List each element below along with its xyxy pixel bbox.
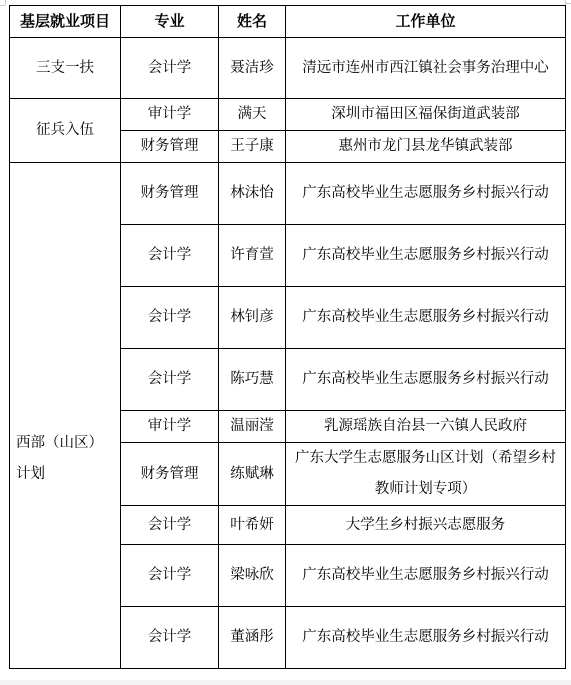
- unit-cell: 惠州市龙门县龙华镇武装部: [286, 131, 566, 163]
- unit-cell: 广东大学生志愿服务山区计划（希望乡村教师计划专项）: [286, 443, 566, 506]
- major-cell: 会计学: [121, 545, 219, 607]
- major-cell: 财务管理: [121, 131, 219, 163]
- table-row: 西部（山区）计划 财务管理 林沫怡 广东高校毕业生志愿服务乡村振兴行动: [10, 163, 566, 225]
- unit-cell: 广东高校毕业生志愿服务乡村振兴行动: [286, 607, 566, 669]
- table-row: 征兵入伍 审计学 满天 深圳市福田区福保街道武装部: [10, 99, 566, 131]
- header-project: 基层就业项目: [10, 6, 121, 38]
- employment-placement-table: 基层就业项目 专业 姓名 工作单位 三支一扶 会计学 聂洁珍 清远市连州市西江镇…: [9, 5, 566, 669]
- header-row: 基层就业项目 专业 姓名 工作单位: [10, 6, 566, 38]
- major-cell: 财务管理: [121, 443, 219, 506]
- name-cell: 满天: [219, 99, 286, 131]
- name-cell: 陈巧慧: [219, 349, 286, 411]
- corner-mark-top-left-h: [0, 5, 5, 6]
- project-cell: 征兵入伍: [10, 99, 121, 163]
- unit-cell: 清远市连州市西江镇社会事务治理中心: [286, 38, 566, 99]
- unit-cell: 广东高校毕业生志愿服务乡村振兴行动: [286, 225, 566, 287]
- header-major: 专业: [121, 6, 219, 38]
- header-unit: 工作单位: [286, 6, 566, 38]
- project-cell: 西部（山区）计划: [10, 163, 121, 669]
- major-cell: 会计学: [121, 607, 219, 669]
- major-cell: 审计学: [121, 99, 219, 131]
- major-cell: 会计学: [121, 506, 219, 545]
- name-cell: 林沫怡: [219, 163, 286, 225]
- name-cell: 叶希妍: [219, 506, 286, 545]
- corner-mark-top-right-h: [566, 3, 571, 4]
- name-cell: 许育萱: [219, 225, 286, 287]
- unit-cell: 大学生乡村振兴志愿服务: [286, 506, 566, 545]
- name-cell: 温丽滢: [219, 411, 286, 443]
- unit-cell: 深圳市福田区福保街道武装部: [286, 99, 566, 131]
- major-cell: 会计学: [121, 349, 219, 411]
- corner-mark-top-left: [5, 0, 6, 5]
- unit-cell: 广东高校毕业生志愿服务乡村振兴行动: [286, 163, 566, 225]
- major-cell: 会计学: [121, 287, 219, 349]
- name-cell: 聂洁珍: [219, 38, 286, 99]
- name-cell: 董涵彤: [219, 607, 286, 669]
- bottom-strip: [0, 680, 571, 685]
- unit-cell: 乳源瑶族自治县一六镇人民政府: [286, 411, 566, 443]
- name-cell: 练赋琳: [219, 443, 286, 506]
- name-cell: 梁咏欣: [219, 545, 286, 607]
- project-cell: 三支一扶: [10, 38, 121, 99]
- header-name: 姓名: [219, 6, 286, 38]
- major-cell: 财务管理: [121, 163, 219, 225]
- unit-cell: 广东高校毕业生志愿服务乡村振兴行动: [286, 349, 566, 411]
- major-cell: 审计学: [121, 411, 219, 443]
- name-cell: 林钊彦: [219, 287, 286, 349]
- major-cell: 会计学: [121, 225, 219, 287]
- name-cell: 王子康: [219, 131, 286, 163]
- major-cell: 会计学: [121, 38, 219, 99]
- unit-cell: 广东高校毕业生志愿服务乡村振兴行动: [286, 545, 566, 607]
- unit-cell: 广东高校毕业生志愿服务乡村振兴行动: [286, 287, 566, 349]
- table-row: 三支一扶 会计学 聂洁珍 清远市连州市西江镇社会事务治理中心: [10, 38, 566, 99]
